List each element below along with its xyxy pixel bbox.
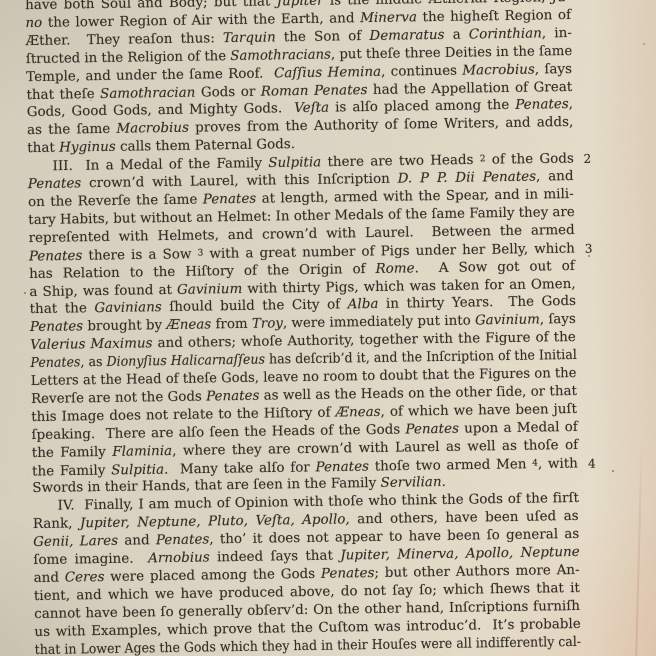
italic-text: Roman Penates — [261, 83, 368, 100]
italic-text: Alba — [348, 297, 379, 312]
roman-text: , of which we have been juſt — [381, 402, 578, 420]
italic-text: Rome — [375, 261, 414, 277]
italic-text: Veſta — [294, 101, 329, 117]
italic-text: D. P P. Dii Penates — [398, 170, 537, 187]
roman-text: calls them Paternal Gods. — [116, 137, 296, 155]
roman-text: in thirty Years. The Gods — [378, 294, 576, 312]
roman-text: and others, have been uſed as — [350, 509, 579, 527]
italic-text: no — [25, 16, 42, 31]
italic-text: Tarquin — [223, 30, 276, 46]
roman-text: were placed among the Gods — [104, 567, 321, 585]
italic-text: Flaminia — [112, 444, 172, 460]
italic-text: Servilian — [381, 475, 442, 491]
roman-text: , put theſe three Deities in the ſame — [331, 44, 573, 63]
italic-text: Demaratus — [369, 28, 444, 44]
margin-reference-number: 2 — [583, 151, 591, 169]
roman-text: , — [569, 97, 574, 112]
roman-text: , continues — [381, 63, 462, 79]
italic-text: Samothracians — [230, 47, 331, 63]
roman-text: , and — [536, 169, 574, 185]
italic-text: Ceres — [65, 570, 105, 586]
roman-text: ſome imagine. — [33, 551, 148, 568]
italic-text: Penates — [315, 459, 369, 475]
italic-text: Jupiter — [277, 0, 324, 9]
italic-text: Jupiter, Minerva, Apollo, Neptune — [340, 545, 580, 564]
italic-text: Penates — [203, 192, 257, 208]
italic-text: Gavinians — [94, 301, 162, 317]
italic-text: Ju- — [552, 0, 571, 5]
italic-text: Penates — [206, 389, 259, 405]
roman-text: ſhould build the City of — [162, 298, 348, 316]
roman-text: . — [441, 475, 446, 490]
roman-text: , in- — [542, 26, 572, 41]
roman-text: of the Gods — [485, 152, 574, 168]
roman-text: Gods, Good Gods, and Mighty Gods. — [27, 102, 295, 121]
roman-text: . Many take alſo for — [164, 460, 316, 477]
italic-text: Sulpitia — [111, 462, 164, 478]
margin-reference-number: 4 — [588, 455, 596, 473]
italic-text: Genii, Lares — [33, 534, 118, 550]
roman-text: and — [118, 533, 156, 549]
roman-text: a Ship, was found at — [29, 282, 177, 299]
italic-text: Penates — [30, 355, 80, 371]
roman-text: that the — [30, 301, 95, 317]
page-edge-shadow — [635, 440, 643, 656]
paper-speck — [643, 43, 645, 45]
roman-text: the Son of — [276, 29, 370, 45]
roman-text: the Family — [32, 444, 113, 460]
roman-text: , were immediately put into — [283, 314, 475, 332]
roman-text: there are two Heads — [321, 153, 480, 170]
roman-text: is alſo placed among the — [329, 98, 515, 116]
roman-text: as the ſame — [27, 122, 117, 138]
roman-text: Rank, — [33, 517, 80, 533]
roman-text: the Family — [32, 463, 111, 479]
italic-text: Valerius Maximus — [30, 336, 153, 353]
italic-text: Troy — [252, 317, 283, 332]
italic-text: Penates — [156, 533, 210, 549]
italic-text: Dionyſius Halicarnaſſeus — [106, 353, 265, 370]
italic-text: Æneas — [335, 405, 380, 421]
roman-text: Temple, and under the ſame Roof. — [26, 66, 274, 85]
page-text-block: have both Soul and Body; but that Jupite… — [25, 0, 581, 656]
roman-text: ſtructed in the Religion of the — [26, 49, 231, 67]
paper-speck — [588, 255, 590, 257]
roman-text: . A Sow got out of — [414, 259, 574, 276]
italic-text: Gavinium — [475, 313, 540, 329]
italic-text: Gavinium — [177, 281, 242, 297]
italic-text: Penates — [515, 97, 569, 113]
roman-text: brought by — [83, 318, 167, 334]
paper-speck — [24, 292, 26, 294]
italic-text: Samothracian — [100, 85, 196, 101]
roman-text: , as — [80, 355, 106, 370]
roman-text: Gods or — [195, 84, 261, 100]
roman-text: from — [211, 317, 252, 333]
italic-text: Macrobius — [116, 121, 189, 137]
book-page-photo: have both Soul and Body; but that Jupite… — [0, 0, 656, 656]
roman-text: the higheſt Region of — [417, 8, 571, 25]
roman-text: on the Reverſe the ſame — [28, 192, 203, 210]
paper-speck — [612, 470, 614, 472]
roman-text: that — [27, 141, 59, 156]
italic-text: Macrobius — [462, 62, 535, 78]
paper-speck — [90, 100, 92, 101]
italic-text: Penates — [29, 248, 83, 264]
roman-text: had the Appellation of Great — [367, 80, 572, 98]
roman-text: III. In a Medal of the Family — [52, 156, 268, 174]
italic-text: Hyginus — [59, 140, 116, 156]
roman-text: and — [34, 571, 65, 586]
italic-text: Jupiter, Neptune, Pluto, Veſta, Apollo, — [80, 513, 350, 532]
italic-text: Arnobius — [148, 551, 210, 567]
italic-text: Penates — [30, 320, 83, 336]
italic-text: Æneas — [166, 318, 211, 334]
italic-text: Sulpitia — [268, 155, 321, 171]
roman-text: indeed ſays that — [210, 549, 341, 566]
roman-text: Reverſe are not the Gods — [31, 389, 206, 407]
roman-text: , ſays — [540, 312, 576, 328]
roman-text: ; but other Authors more An- — [374, 563, 579, 581]
roman-text: a — [444, 27, 469, 42]
italic-text: Penates — [405, 421, 459, 437]
italic-text: Penates — [321, 566, 375, 582]
roman-text: , ſays — [535, 62, 572, 78]
roman-text: there is a Sow — [82, 247, 197, 264]
roman-text: thoſe two armed Men — [369, 457, 532, 474]
roman-text: upon a Medal of — [459, 420, 578, 437]
italic-text: Caſſius Hemina — [274, 64, 381, 81]
italic-text: Penates — [28, 176, 82, 192]
italic-text: Minerva — [360, 10, 417, 26]
italic-text: Corinthian — [469, 26, 542, 42]
roman-text: Æther. They reaſon thus: — [26, 31, 223, 49]
roman-text: , with — [538, 456, 578, 472]
